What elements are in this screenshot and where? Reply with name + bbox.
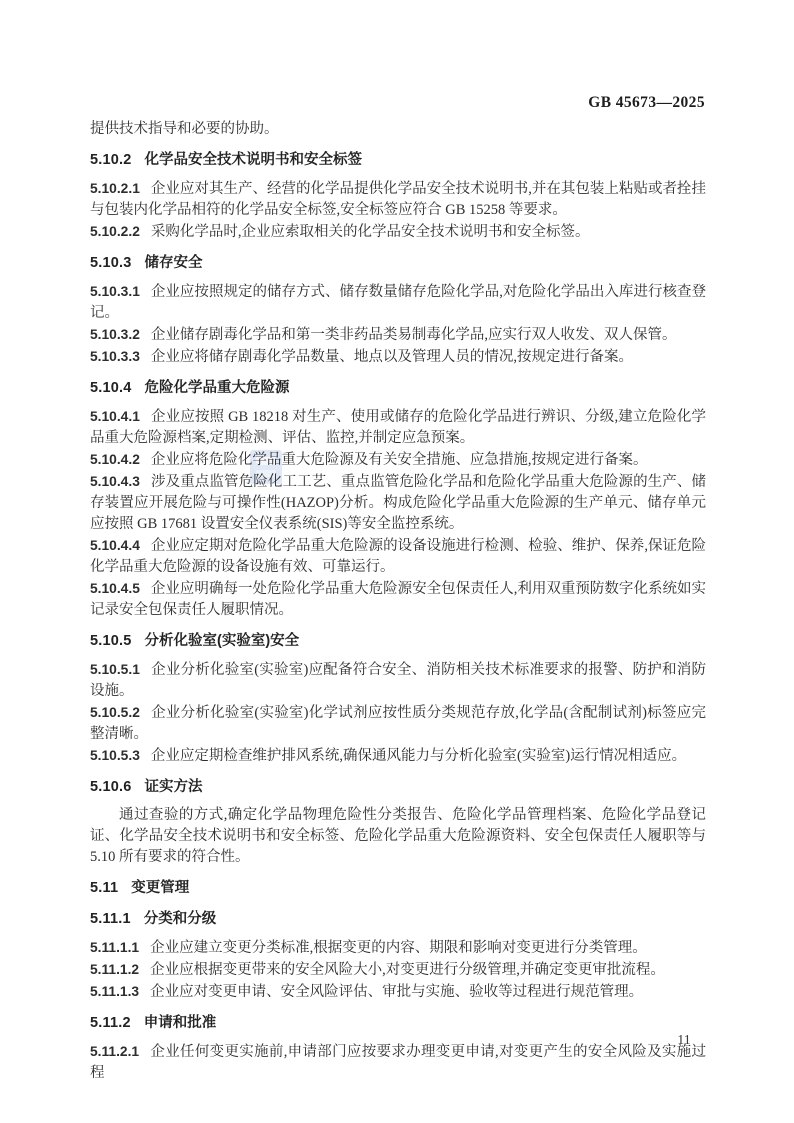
clause-number: 5.11.1.2 (90, 962, 139, 977)
paragraph-text: 企业应将危险化学品重大危险源及有关安全措施、应急措施,按规定进行备案。 (151, 452, 648, 468)
section-heading: 5.11.2申请和批准 (90, 1013, 706, 1034)
paragraph-text: 危险化学品重大危险源 (145, 380, 290, 396)
paragraph-text: 企业应建立变更分类标准,根据变更的内容、期限和影响对变更进行分类管理。 (150, 940, 647, 956)
body-paragraph: 5.10.3.3企业应将储存剧毒化学品数量、地点以及管理人员的情况,按规定进行备… (90, 346, 706, 368)
body-paragraph: 5.10.2.2采购化学品时,企业应索取相关的化学品安全技术说明书和安全标签。 (90, 221, 706, 243)
clause-number: 5.10.2.2 (90, 224, 140, 239)
clause-number: 5.10.5.1 (90, 662, 140, 677)
paragraph-text: 证实方法 (145, 779, 203, 795)
body-paragraph: 提供技术指导和必要的协助。 (90, 119, 706, 140)
paragraph-text: 企业应明确每一处危险化学品重大危险源安全包保责任人,利用双重预防数字化系统如实记… (90, 581, 706, 618)
clause-number: 5.10.3.3 (90, 349, 140, 364)
body-paragraph: 5.11.1.2企业应根据变更带来的安全风险大小,对变更进行分级管理,并确定变更… (90, 959, 706, 981)
paragraph-text: 提供技术指导和必要的协助。 (90, 121, 279, 137)
section-heading: 5.10.3储存安全 (90, 253, 706, 274)
clause-number: 5.10.3.2 (90, 327, 140, 342)
body-paragraph: 5.10.4.1企业应按照 GB 18218 对生产、使用或储存的危险化学品进行… (90, 406, 706, 449)
clause-number: 5.10.4.4 (90, 538, 140, 553)
paragraph-text: 企业任何变更实施前,申请部门应按要求办理变更申请,对变更产生的安全风险及实施过程 (90, 1044, 706, 1081)
clause-number: 5.11 (90, 880, 118, 896)
clause-number: 5.10.4 (90, 380, 132, 396)
body-paragraph: 5.10.4.5企业应明确每一处危险化学品重大危险源安全包保责任人,利用双重预防… (90, 578, 706, 621)
body-paragraph: 5.10.2.1企业应对其生产、经营的化学品提供化学品安全技术说明书,并在其包装… (90, 178, 706, 221)
paragraph-text: 企业应对变更申请、安全风险评估、审批与实施、验收等过程进行规范管理。 (150, 984, 643, 1000)
paragraph-text: 储存安全 (145, 255, 203, 271)
body-paragraph: 5.10.5.3企业应定期检查维护排风系统,确保通风能力与分析化验室(实验室)运… (90, 745, 706, 767)
clause-number: 5.10.4.3 (90, 474, 140, 489)
paragraph-text: 企业应定期检查维护排风系统,确保通风能力与分析化验室(实验室)运行情况相适应。 (151, 748, 686, 764)
paragraph-text: 通过查验的方式,确定化学品物理危险性分类报告、危险化学品管理档案、危险化学品登记… (90, 807, 706, 865)
body-paragraph: 5.11.2.1企业任何变更实施前,申请部门应按要求办理变更申请,对变更产生的安… (90, 1041, 706, 1084)
clause-number: 5.11.2.1 (90, 1044, 139, 1059)
clause-number: 5.10.2 (90, 152, 132, 168)
section-heading: 5.10.2化学品安全技术说明书和安全标签 (90, 150, 706, 171)
body-paragraph: 5.11.1.1企业应建立变更分类标准,根据变更的内容、期限和影响对变更进行分类… (90, 937, 706, 959)
section-heading: 5.11.1分类和分级 (90, 909, 706, 930)
clause-number: 5.11.1.1 (90, 940, 139, 955)
body-paragraph: 5.11.1.3企业应对变更申请、安全风险评估、审批与实施、验收等过程进行规范管… (90, 981, 706, 1003)
paragraph-text: 企业应对其生产、经营的化学品提供化学品安全技术说明书,并在其包装上粘贴或者拴挂与… (90, 181, 706, 218)
paragraph-text: 企业分析化验室(实验室)化学试剂应按性质分类规范存放,化学品(含配制试剂)标签应… (90, 705, 706, 742)
clause-number: 5.11.2 (90, 1015, 131, 1031)
section-heading: 5.10.6证实方法 (90, 777, 706, 798)
body-paragraph: 通过查验的方式,确定化学品物理危险性分类报告、危险化学品管理档案、危险化学品登记… (90, 805, 706, 868)
clause-number: 5.10.5 (90, 633, 132, 649)
section-heading: 5.10.5分析化验室(实验室)安全 (90, 631, 706, 652)
paragraph-text: 申请和批准 (144, 1015, 217, 1031)
paragraph-text: 涉及重点监管危险化工工艺、重点监管危险化学品和危险化学品重大危险源的生产、储存装… (90, 474, 706, 532)
paragraph-text: 企业应根据变更带来的安全风险大小,对变更进行分级管理,并确定变更审批流程。 (150, 962, 665, 978)
clause-number: 5.10.4.5 (90, 581, 140, 596)
section-heading: 5.11变更管理 (90, 878, 706, 899)
paragraph-text: 企业分析化验室(实验室)应配备符合安全、消防相关技术标准要求的报警、防护和消防设… (90, 662, 706, 699)
body-paragraph: 5.10.4.2企业应将危险化学品重大危险源及有关安全措施、应急措施,按规定进行… (90, 449, 706, 471)
clause-number: 5.10.4.2 (90, 452, 140, 467)
paragraph-text: 企业应按照规定的储存方式、储存数量储存危险化学品,对危险化学品出入库进行核查登记… (90, 284, 706, 321)
standard-number-header: GB 45673—2025 (588, 94, 705, 112)
body-paragraph: 5.10.4.4企业应定期对危险化学品重大危险源的设备设施进行检测、检验、维护、… (90, 535, 706, 578)
body-paragraph: 5.10.3.2企业储存剧毒化学品和第一类非药品类易制毒化学品,应实行双人收发、… (90, 324, 706, 346)
paragraph-text: 化学品安全技术说明书和安全标签 (145, 152, 363, 168)
paragraph-text: 企业应将储存剧毒化学品数量、地点以及管理人员的情况,按规定进行备案。 (151, 349, 633, 365)
paragraph-text: 企业储存剧毒化学品和第一类非药品类易制毒化学品,应实行双人收发、双人保管。 (151, 327, 677, 343)
document-body: 提供技术指导和必要的协助。5.10.2化学品安全技术说明书和安全标签5.10.2… (90, 119, 706, 1084)
paragraph-text: 分类和分级 (144, 911, 217, 927)
body-paragraph: 5.10.4.3涉及重点监管危险化工工艺、重点监管危险化学品和危险化学品重大危险… (90, 471, 706, 535)
clause-number: 5.10.4.1 (90, 409, 140, 424)
clause-number: 5.11.1.3 (90, 984, 139, 999)
clause-number: 5.10.6 (90, 779, 132, 795)
clause-number: 5.10.3.1 (90, 284, 140, 299)
body-paragraph: 5.10.5.2企业分析化验室(实验室)化学试剂应按性质分类规范存放,化学品(含… (90, 702, 706, 745)
section-heading: 5.10.4危险化学品重大危险源 (90, 378, 706, 399)
paragraph-text: 采购化学品时,企业应索取相关的化学品安全技术说明书和安全标签。 (151, 224, 590, 240)
clause-number: 5.10.5.2 (90, 705, 140, 720)
clause-number: 5.10.2.1 (90, 181, 140, 196)
clause-number: 5.11.1 (90, 911, 131, 927)
clause-number: 5.10.5.3 (90, 748, 140, 763)
body-paragraph: 5.10.3.1企业应按照规定的储存方式、储存数量储存危险化学品,对危险化学品出… (90, 281, 706, 324)
paragraph-text: 企业应按照 GB 18218 对生产、使用或储存的危险化学品进行辨识、分级,建立… (90, 409, 706, 446)
paragraph-text: 变更管理 (131, 880, 189, 896)
paragraph-text: 分析化验室(实验室)安全 (145, 633, 300, 649)
paragraph-text: 企业应定期对危险化学品重大危险源的设备设施进行检测、检验、维护、保养,保证危险化… (90, 538, 706, 575)
clause-number: 5.10.3 (90, 255, 132, 271)
body-paragraph: 5.10.5.1企业分析化验室(实验室)应配备符合安全、消防相关技术标准要求的报… (90, 659, 706, 702)
document-page: GB 45673—2025 提供技术指导和必要的协助。5.10.2化学品安全技术… (0, 0, 794, 1123)
